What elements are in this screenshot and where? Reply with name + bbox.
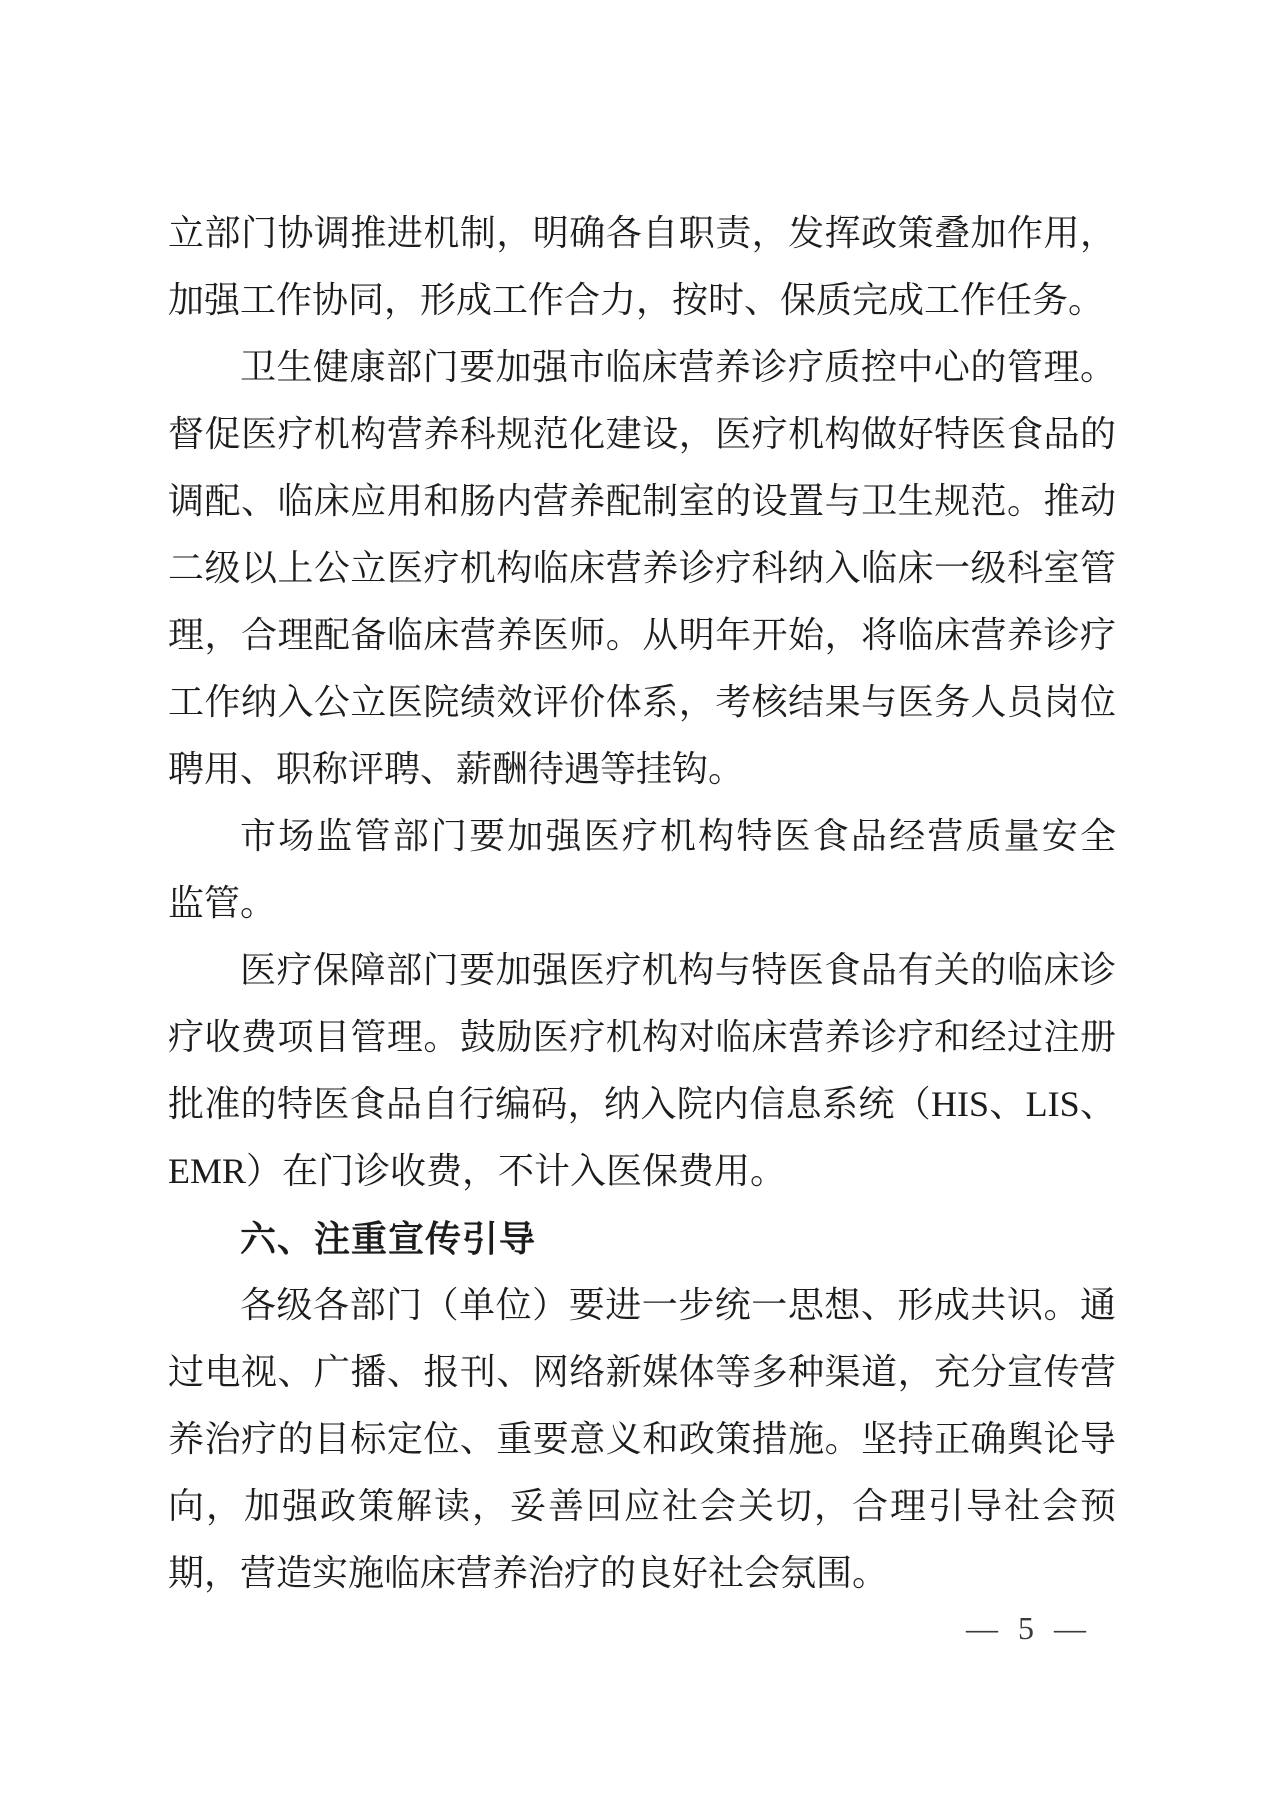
text-line: 督促医疗机构营养科规范化建设，医疗机构做好特医食品的	[168, 401, 1116, 468]
text-line: 市场监管部门要加强医疗机构特医食品经营质量安全	[168, 803, 1116, 870]
text-line: 向，加强政策解读，妥善回应社会关切，合理引导社会预	[168, 1473, 1116, 1540]
text-line: 批准的特医食品自行编码，纳入院内信息系统（HIS、LIS、	[168, 1071, 1116, 1138]
text-line: 卫生健康部门要加强市临床营养诊疗质控中心的管理。	[168, 334, 1116, 401]
section-heading: 六、注重宣传引导	[168, 1205, 1116, 1272]
text-line: 立部门协调推进机制，明确各自职责，发挥政策叠加作用，	[168, 200, 1116, 267]
document-body: 立部门协调推进机制，明确各自职责，发挥政策叠加作用， 加强工作协同，形成工作合力…	[168, 200, 1116, 1607]
text-line: 养治疗的目标定位、重要意义和政策措施。坚持正确舆论导	[168, 1406, 1116, 1473]
page-number: — 5 —	[168, 1608, 1116, 1648]
text-line: 工作纳入公立医院绩效评价体系，考核结果与医务人员岗位	[168, 669, 1116, 736]
text-line: 理，合理配备临床营养医师。从明年开始，将临床营养诊疗	[168, 602, 1116, 669]
text-line: EMR）在门诊收费，不计入医保费用。	[168, 1138, 1116, 1205]
text-line: 调配、临床应用和肠内营养配制室的设置与卫生规范。推动	[168, 468, 1116, 535]
text-line: 加强工作协同，形成工作合力，按时、保质完成工作任务。	[168, 267, 1116, 334]
text-line: 二级以上公立医疗机构临床营养诊疗科纳入临床一级科室管	[168, 535, 1116, 602]
text-line: 各级各部门（单位）要进一步统一思想、形成共识。通	[168, 1272, 1116, 1339]
text-line: 期，营造实施临床营养治疗的良好社会氛围。	[168, 1540, 1116, 1607]
text-line: 过电视、广播、报刊、网络新媒体等多种渠道，充分宣传营	[168, 1339, 1116, 1406]
text-line: 医疗保障部门要加强医疗机构与特医食品有关的临床诊	[168, 937, 1116, 1004]
text-line: 聘用、职称评聘、薪酬待遇等挂钩。	[168, 736, 1116, 803]
document-page: 立部门协调推进机制，明确各自职责，发挥政策叠加作用， 加强工作协同，形成工作合力…	[0, 0, 1280, 1810]
text-line: 疗收费项目管理。鼓励医疗机构对临床营养诊疗和经过注册	[168, 1004, 1116, 1071]
text-line: 监管。	[168, 870, 1116, 937]
